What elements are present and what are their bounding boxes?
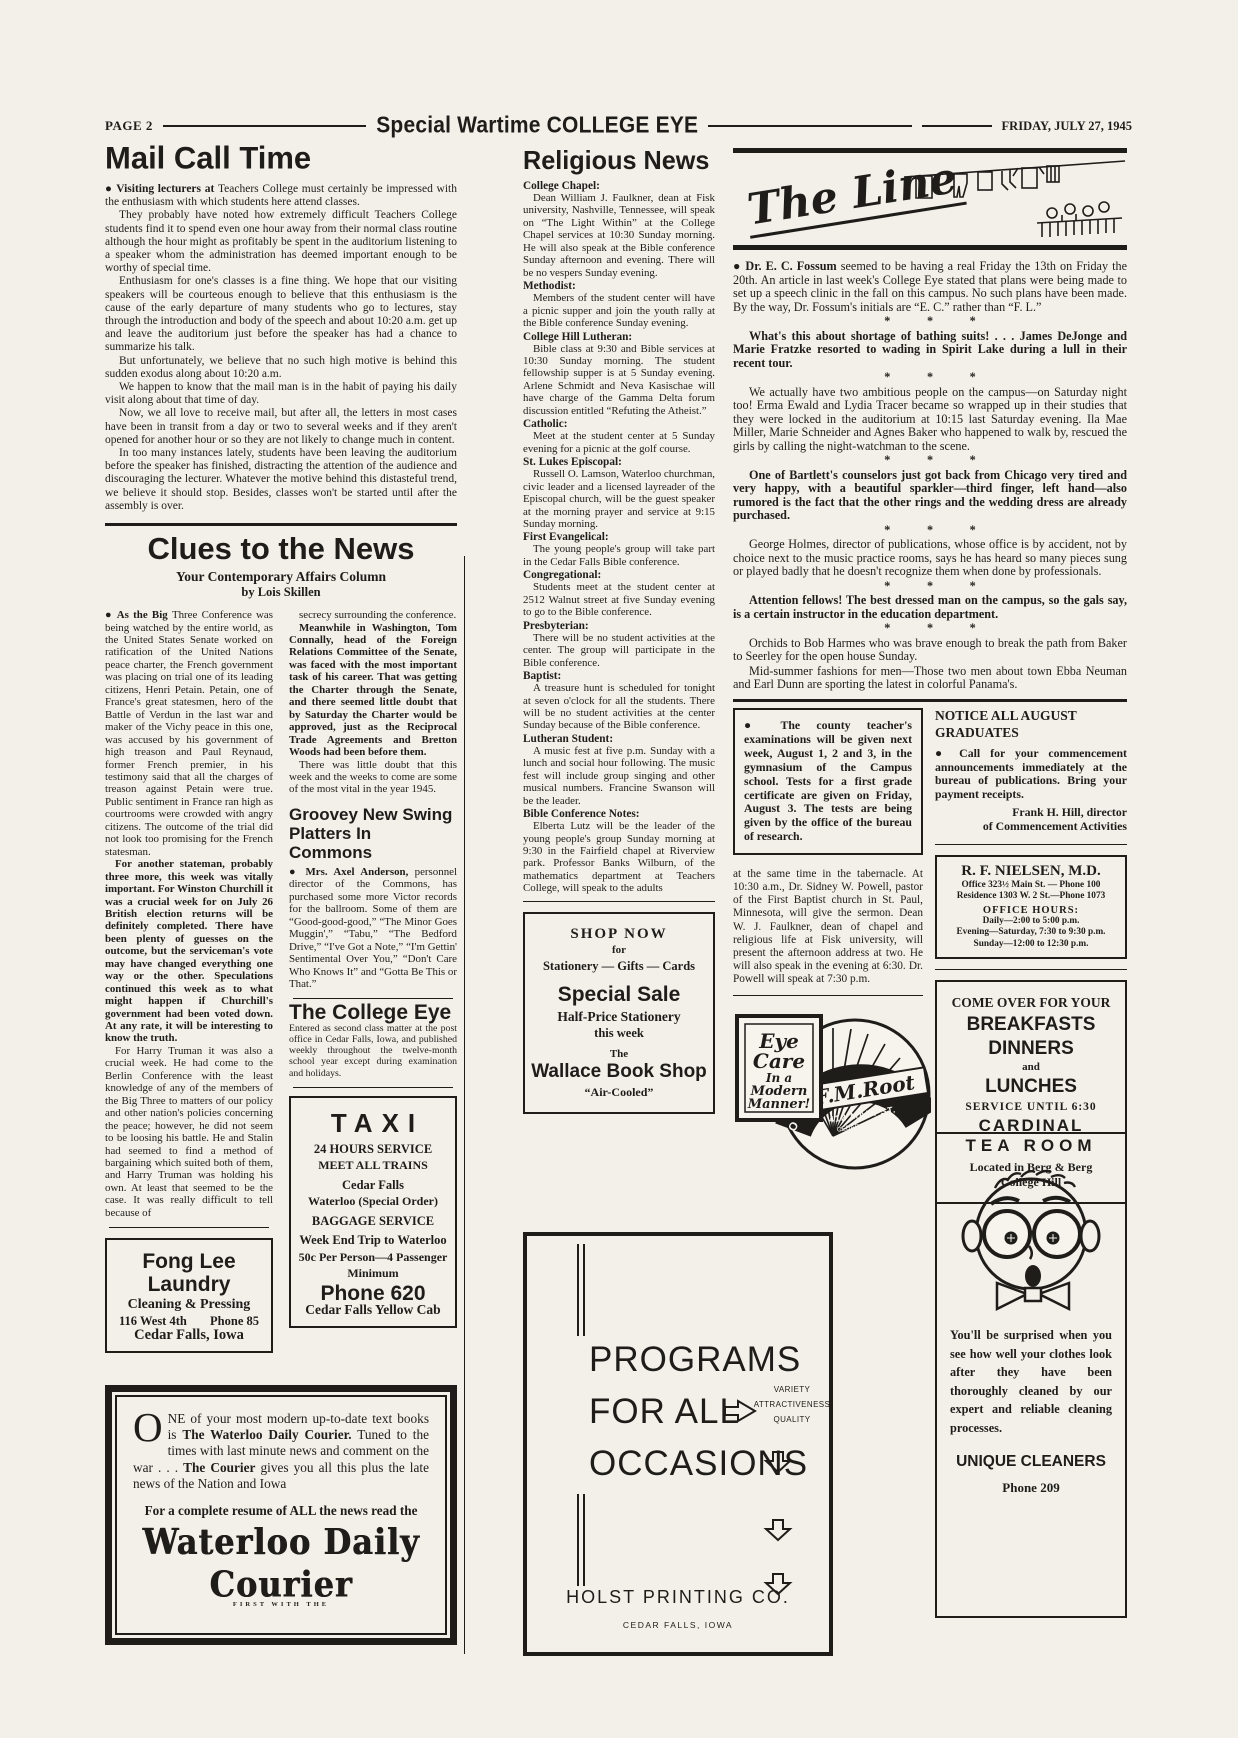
ad-line: Cleaning & Pressing (115, 1299, 263, 1311)
gossip-item: Orchids to Bob Harmes who was brave enou… (733, 637, 1127, 664)
header-rule-left (163, 125, 366, 127)
religious-section: Catholic: Meet at the student center at … (523, 418, 715, 455)
advertiser-name: Wallace Book Shop (531, 1061, 707, 1083)
paragraph-text: Attention fellows! The best dressed man … (733, 593, 1127, 621)
religious-section: St. Lukes Episcopal: Russell O. Lamson, … (523, 456, 715, 530)
ad-line: Office 323½ Main St. — Phone 100 (940, 880, 1122, 892)
ad-line: BAGGAGE SERVICE (297, 1215, 449, 1227)
clues-subtitle: Your Contemporary Affairs Column (105, 569, 457, 585)
church-heading: St. Lukes Episcopal: (523, 456, 715, 468)
paragraph-text: * * * (884, 453, 975, 467)
ad-subhead: Special Sale (531, 983, 707, 1007)
gossip-item: * * * (733, 580, 1127, 594)
section-rule (733, 699, 1127, 702)
surprised-face-illustration (951, 1146, 1111, 1314)
courier-ad-copy: ONE of your most modern up-to-date text … (133, 1411, 429, 1492)
ad-headline-line: FOR ALL (589, 1392, 740, 1432)
ad-line: 24 HOURS SERVICE (297, 1143, 449, 1155)
gossip-item: What's this about shortage of bathing su… (733, 330, 1127, 371)
paragraph-lead: ● Mrs. Axel Anderson, (289, 866, 415, 878)
notice-signature: Frank H. Hill, director of Commencement … (935, 806, 1127, 833)
masthead-title: Special Wartime COLLEGE EYE (376, 113, 698, 139)
courier-ad-inner: ONE of your most modern up-to-date text … (115, 1395, 447, 1635)
gossip-item: * * * (733, 315, 1127, 329)
graduates-notice-title: NOTICE ALL AUGUST GRADUATES (935, 708, 1127, 741)
paragraph-text: secrecy surrounding the conference. (299, 609, 456, 621)
ad-line: Stationery — Gifts — Cards (531, 959, 707, 974)
gossip-item: * * * (733, 622, 1127, 636)
advertiser-name: Fong Lee Laundry (115, 1250, 263, 1296)
ad-line: 50c Per Person—4 Passenger (297, 1251, 449, 1263)
tabernacle-article: at the same time in the tabernacle. At 1… (733, 868, 923, 986)
religious-section: Congregational: Students meet at the stu… (523, 569, 715, 618)
clues-col2-text: secrecy surrounding the conference.Meanw… (289, 609, 457, 796)
the-line-items: ● Dr. E. C. Fossum seemed to be having a… (733, 260, 1127, 692)
advertiser-name: HOLST PRINTING CO. (527, 1587, 829, 1608)
religious-news-headline: Religious News (523, 145, 709, 176)
ad-city: CEDAR FALLS, IOWA (527, 1620, 829, 1630)
religious-news-sections: College Chapel: Dean William J. Faulkner… (523, 180, 715, 895)
ad-text-bold: The Courier (183, 1460, 255, 1475)
page-header: PAGE 2 Special Wartime COLLEGE EYE FRIDA… (105, 114, 1132, 138)
article-paragraph: Enthusiasm for one's classes is a fine t… (105, 275, 457, 354)
paragraph-text: * * * (884, 579, 975, 593)
signature-line: of Commencement Activities (935, 820, 1127, 834)
paragraph-text: George Holmes, director of publications,… (733, 537, 1127, 578)
ad-line: COME OVER FOR YOUR (943, 995, 1119, 1011)
notice-text: ● The county teacher's examinations will… (744, 718, 912, 843)
unique-cleaners-ad: You'll be surprised when you see how wel… (935, 1132, 1127, 1618)
ad-line: Half-Price Stationery (531, 1009, 707, 1025)
column-divider (464, 556, 465, 1654)
gossip-item: * * * (733, 524, 1127, 538)
paragraph-lead: ● Visiting lecturers at (105, 183, 218, 195)
nielsen-md-ad: R. F. NIELSEN, M.D. Office 323½ Main St.… (935, 855, 1127, 960)
holst-printing-ad: PROGRAMS FOR ALL OCCASIONS VARIETY ATTRA… (523, 1232, 833, 1656)
column-rule (293, 1087, 453, 1088)
church-body: The young people's group will take part … (523, 543, 715, 568)
religious-section: Methodist: Members of the student center… (523, 280, 715, 329)
article-paragraph: There was little doubt that this week an… (289, 759, 457, 796)
mail-call-headline: Mail Call Time (105, 140, 457, 177)
ad-phone: Phone 85 (210, 1315, 259, 1327)
church-heading: Presbyterian: (523, 620, 715, 632)
ad-quality-words: VARIETY ATTRACTIVENESS QUALITY (751, 1382, 833, 1427)
church-body: Elberta Lutz will be the leader of the y… (523, 820, 715, 895)
paragraph-text: * * * (884, 370, 975, 384)
paragraph-text: * * * (884, 621, 975, 635)
church-heading: Methodist: (523, 280, 715, 292)
advertiser-name: R. F. NIELSEN, M.D. (940, 863, 1122, 880)
ad-line: BREAKFASTS (943, 1014, 1119, 1035)
ad-headline: TAXI (297, 1110, 449, 1136)
paragraph-lead: ● Dr. E. C. Fossum (733, 259, 841, 273)
paragraph-text: They probably have noted how extremely d… (105, 209, 457, 274)
clues-header: Clues to the News Your Contemporary Affa… (105, 532, 457, 600)
religious-section: Bible Conference Notes: Elberta Lutz wil… (523, 808, 715, 895)
church-heading: First Evangelical: (523, 531, 715, 543)
gossip-item: * * * (733, 454, 1127, 468)
church-heading: College Hill Lutheran: (523, 331, 715, 343)
advertiser-name: UNIQUE CLEANERS (937, 1453, 1125, 1471)
newspaper-page: PAGE 2 Special Wartime COLLEGE EYE FRIDA… (0, 0, 1238, 1738)
dr-root-optometrist-ad: OPTOMETRIST Dr. F.M.Root 412 MAIN ST. CE… (735, 996, 931, 1208)
article-paragraph: They probably have noted how extremely d… (105, 209, 457, 275)
gossip-item: * * * (733, 371, 1127, 385)
ad-line: Residence 1303 W. 2 St.—Phone 1073 (940, 891, 1122, 903)
church-body: Meet at the student center at 5 Sunday e… (523, 430, 715, 455)
article-paragraph: Now, we all love to receive mail, but af… (105, 407, 457, 447)
ad-line: and (943, 1061, 1119, 1073)
ad-phone: Phone 620 (297, 1288, 449, 1300)
the-line-header: The Line (733, 148, 1127, 250)
paragraph-text: We actually have two ambitious people on… (733, 385, 1127, 453)
religious-section: College Chapel: Dean William J. Faulkner… (523, 180, 715, 279)
ad-hours-line: Daily—2:00 to 5:00 p.m. (940, 916, 1122, 928)
drop-cap: O (133, 1411, 168, 1444)
article-paragraph: We happen to know that the mail man is i… (105, 381, 457, 407)
notice-title-line: GRADUATES (935, 725, 1127, 742)
paragraph-text: There was little doubt that this week an… (289, 759, 457, 796)
mail-call-article: ● Visiting lecturers at Teachers College… (105, 183, 457, 513)
paragraph-text: Mid-summer fashions for men—Those two me… (733, 664, 1127, 692)
ad-word: ATTRACTIVENESS (751, 1397, 833, 1412)
ad-line: The (531, 1048, 707, 1060)
ad-hours-line: Sunday—12:00 to 12:30 p.m. (940, 939, 1122, 951)
ad-text-bold: The Waterloo Daily Courier. (182, 1427, 351, 1442)
notice-title-line: NOTICE ALL AUGUST (935, 708, 1127, 725)
paragraph-text: We happen to know that the mail man is i… (105, 381, 457, 406)
paragraph-text: Now, we all love to receive mail, but af… (105, 407, 457, 445)
gossip-item: ● Dr. E. C. Fossum seemed to be having a… (733, 260, 1127, 314)
middle-column: Religious News College Chapel: Dean Will… (523, 145, 715, 1114)
paragraph-text: For another stateman, probably three mor… (105, 858, 273, 1044)
gossip-item: Attention fellows! The best dressed man … (733, 594, 1127, 621)
religious-section: Baptist: A treasure hunt is scheduled fo… (523, 670, 715, 732)
header-rule-right (708, 125, 911, 127)
article-paragraph: secrecy surrounding the conference. (289, 609, 457, 621)
ad-word: QUALITY (751, 1412, 833, 1427)
column-rule (935, 969, 1127, 970)
ad-line: Waterloo (Special Order) (297, 1195, 449, 1207)
church-body: Bible class at 9:30 and Bible services a… (523, 343, 715, 418)
wallace-book-shop-ad: SHOP NOW for Stationery — Gifts — Cards … (523, 912, 715, 1114)
the-line-column: The Line (733, 148, 1127, 702)
gossip-item: One of Bartlett's counselors just got ba… (733, 469, 1127, 523)
paragraph-text: * * * (884, 523, 975, 537)
clues-headline: Clues to the News (105, 532, 457, 566)
paragraph-text: For Harry Truman it was also a crucial w… (105, 1045, 273, 1219)
ad-line: Week End Trip to Waterloo (297, 1234, 449, 1246)
groovey-headline: Groovey New Swing Platters In Commons (289, 805, 457, 862)
clues-column-1: ● As the Big Three Conference was being … (105, 609, 273, 1353)
advertiser-name: Cedar Falls Yellow Cab (297, 1304, 449, 1316)
church-body: There will be no student activities at t… (523, 632, 715, 669)
article-paragraph: ● Visiting lecturers at Teachers College… (105, 183, 457, 209)
decorative-bars (577, 1244, 585, 1336)
college-eye-masthead: The College Eye (289, 1007, 457, 1019)
gossip-item: We actually have two ambitious people on… (733, 386, 1127, 454)
religious-section: Lutheran Student: A music fest at five p… (523, 733, 715, 807)
column-rule (935, 844, 1127, 845)
issue-date: FRIDAY, JULY 27, 1945 (1002, 119, 1132, 134)
ad-line: DINNERS (943, 1038, 1119, 1059)
article-paragraph: For Harry Truman it was also a crucial w… (105, 1045, 273, 1219)
header-rule-right2 (922, 125, 992, 127)
section-rule (105, 523, 457, 526)
ad-headline-line: PROGRAMS (589, 1340, 801, 1380)
ad-word: VARIETY (751, 1382, 833, 1397)
column-rule (293, 998, 453, 999)
clues-byline: by Lois Skillen (105, 585, 457, 600)
ad-hours-line: Evening—Saturday, 7:30 to 9:30 p.m. (940, 927, 1122, 939)
religious-section: First Evangelical: The young people's gr… (523, 531, 715, 568)
ad-address-row: 116 West 4th Phone 85 (115, 1315, 263, 1327)
yellow-cab-taxi-ad: TAXI 24 HOURS SERVICE MEET ALL TRAINS Ce… (289, 1096, 457, 1329)
religious-section: College Hill Lutheran: Bible class at 9:… (523, 331, 715, 418)
church-body: Russell O. Lamson, Waterloo churchman, c… (523, 468, 715, 530)
ad-line: SERVICE UNTIL 6:30 (943, 1101, 1119, 1113)
paragraph-text: But unfortunately, we believe that no su… (105, 355, 457, 380)
ad-copy: You'll be surprised when you see how wel… (937, 1314, 1125, 1438)
column-rule (523, 901, 715, 902)
ad-headline: SHOP NOW (531, 926, 707, 943)
paragraph-text: Enthusiasm for one's classes is a fine t… (105, 275, 457, 353)
paragraph-text: personnel director of the Commons, has p… (289, 866, 457, 990)
church-heading: College Chapel: (523, 180, 715, 192)
down-arrow-icon (763, 1518, 793, 1547)
church-body: Students meet at the student center at 2… (523, 581, 715, 618)
eye-care-sign-line: In a (765, 1071, 792, 1085)
religious-section: Presbyterian: There will be no student a… (523, 620, 715, 669)
paragraph-text: In too many instances lately, students h… (105, 447, 457, 512)
groovey-article: ● Mrs. Axel Anderson, personnel director… (289, 866, 457, 991)
ad-address: 116 West 4th (119, 1315, 187, 1327)
ad-line: LUNCHES (943, 1076, 1119, 1097)
right-column-a: ● The county teacher's examinations will… (733, 708, 923, 996)
decorative-bars (577, 1494, 585, 1586)
graduates-notice-body: ● Call for your commencement announcemen… (935, 747, 1127, 801)
clues-column-2: secrecy surrounding the conference.Meanw… (289, 609, 457, 1353)
right-column-b: NOTICE ALL AUGUST GRADUATES ● Call for y… (935, 708, 1127, 1204)
church-body: Dean William J. Faulkner, dean at Fisk u… (523, 192, 715, 279)
paragraph-text: * * * (884, 314, 975, 328)
clues-col1-text: ● As the Big Three Conference was being … (105, 609, 273, 1219)
eye-care-sign-line: Care (753, 1049, 805, 1073)
left-column: Mail Call Time ● Visiting lecturers at T… (105, 140, 457, 1353)
church-body: Members of the student center will have … (523, 292, 715, 329)
article-paragraph: But unfortunately, we believe that no su… (105, 355, 457, 381)
ad-line: this week (531, 1026, 707, 1041)
paragraph-lead: ● As the Big (105, 609, 172, 621)
optometrist-fan-illustration: OPTOMETRIST Dr. F.M.Root 412 MAIN ST. CE… (735, 996, 931, 1208)
signature-line: Frank H. Hill, director (935, 806, 1127, 820)
gossip-item: Mid-summer fashions for men—Those two me… (733, 665, 1127, 692)
article-paragraph: For another stateman, probably three mor… (105, 858, 273, 1045)
ad-line: Minimum (297, 1267, 449, 1279)
church-heading: Baptist: (523, 670, 715, 682)
column-rule (109, 1227, 269, 1228)
county-exams-notice: ● The county teacher's examinations will… (733, 708, 923, 855)
courier-cta: For a complete resume of ALL the news re… (133, 1503, 429, 1519)
church-body: A music fest at five p.m. Sunday with a … (523, 745, 715, 807)
ad-line: for (531, 944, 707, 956)
paragraph-text: Meanwhile in Washington, Tom Connally, h… (289, 622, 457, 759)
church-body: A treasure hunt is scheduled for tonight… (523, 682, 715, 732)
clothesline-illustration (902, 155, 1127, 248)
eye-care-sign-line: Manner! (747, 1097, 811, 1112)
paragraph-text: Orchids to Bob Harmes who was brave enou… (733, 636, 1127, 664)
article-paragraph: ● As the Big Three Conference was being … (105, 609, 273, 858)
church-heading: Congregational: (523, 569, 715, 581)
ad-line: “Air-Cooled” (531, 1085, 707, 1100)
church-heading: Bible Conference Notes: (523, 808, 715, 820)
ad-hours-heading: OFFICE HOURS: (940, 905, 1122, 916)
ad-line: MEET ALL TRAINS (297, 1159, 449, 1171)
paragraph-text: What's this about shortage of bathing su… (733, 329, 1127, 370)
clues-columns: ● As the Big Three Conference was being … (105, 609, 457, 1353)
gossip-item: George Holmes, director of publications,… (733, 538, 1127, 579)
church-heading: Lutheran Student: (523, 733, 715, 745)
paragraph-text: Three Conference was being watched by th… (105, 609, 273, 858)
article-paragraph: Meanwhile in Washington, Tom Connally, h… (289, 622, 457, 759)
church-heading: Catholic: (523, 418, 715, 430)
paragraph-text: One of Bartlett's counselors just got ba… (733, 468, 1127, 523)
down-arrow-icon (763, 1450, 793, 1479)
ad-line: Cedar Falls (297, 1179, 449, 1191)
article-paragraph: In too many instances lately, students h… (105, 447, 457, 513)
college-eye-imprint: Entered as second class matter at the po… (289, 1023, 457, 1079)
fong-lee-laundry-ad: Fong Lee Laundry Cleaning & Pressing 116… (105, 1238, 273, 1352)
courier-blackletter-logo: Waterloo Daily Courier (133, 1520, 429, 1605)
page-number: PAGE 2 (105, 118, 153, 134)
ad-city: Cedar Falls, Iowa (115, 1329, 263, 1341)
ad-phone: Phone 209 (937, 1480, 1125, 1496)
waterloo-courier-ad: ONE of your most modern up-to-date text … (105, 1385, 457, 1645)
